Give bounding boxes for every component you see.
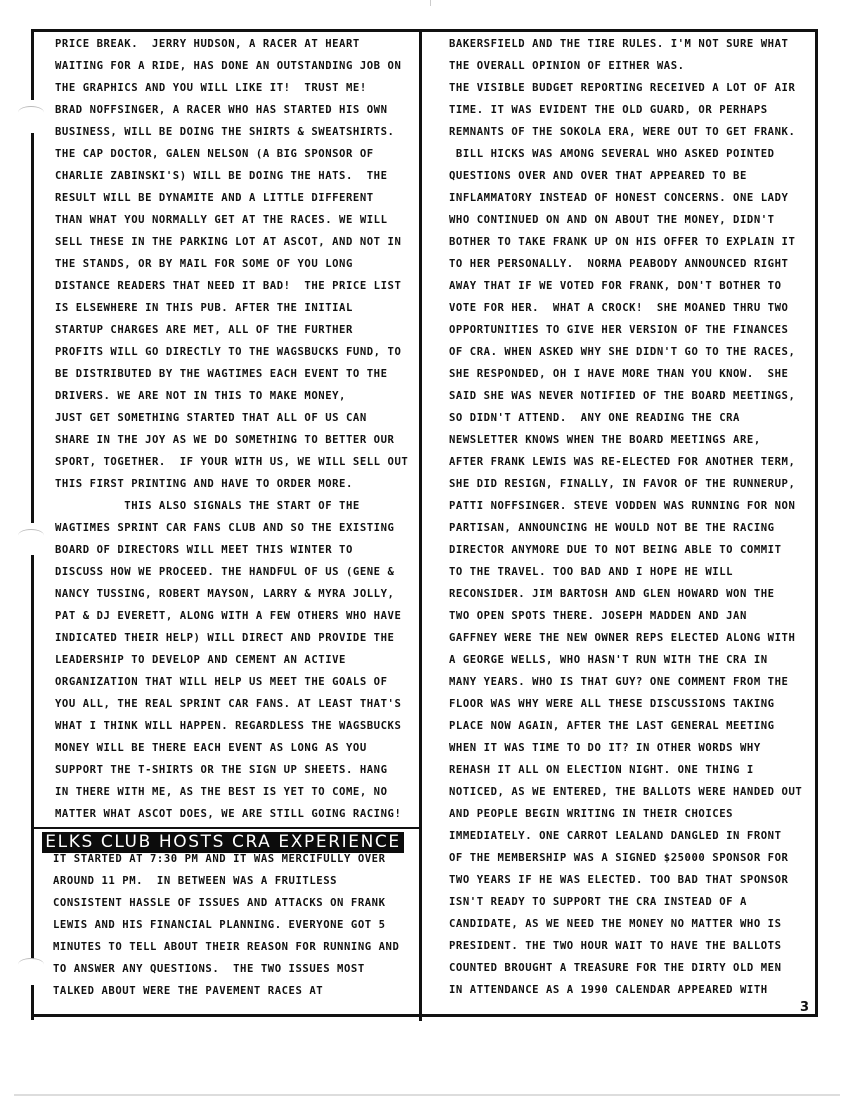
text-line: THE OVERALL OPINION OF EITHER WAS. xyxy=(449,55,809,77)
text-line: NOTICED, AS WE ENTERED, THE BALLOTS WERE… xyxy=(449,781,809,803)
text-line: WHO CONTINUED ON AND ON ABOUT THE MONEY,… xyxy=(449,209,809,231)
text-line: WHEN IT WAS TIME TO DO IT? IN OTHER WORD… xyxy=(449,737,809,759)
left-column-article: PRICE BREAK. JERRY HUDSON, A RACER AT HE… xyxy=(55,33,415,825)
text-line: SHE DID RESIGN, FINALLY, IN FAVOR OF THE… xyxy=(449,473,809,495)
text-line: TO HER PERSONALLY. NORMA PEABODY ANNOUNC… xyxy=(449,253,809,275)
text-line: IT STARTED AT 7:30 PM AND IT WAS MERCIFU… xyxy=(53,848,413,870)
text-line: THE CAP DOCTOR, GALEN NELSON (A BIG SPON… xyxy=(55,143,415,165)
text-line: ISN'T READY TO SUPPORT THE CRA INSTEAD O… xyxy=(449,891,809,913)
page-number: 3 xyxy=(800,1000,809,1015)
binder-hole-icon xyxy=(18,529,44,542)
elks-club-article: IT STARTED AT 7:30 PM AND IT WAS MERCIFU… xyxy=(53,848,413,1002)
text-line: IMMEDIATELY. ONE CARROT LEALAND DANGLED … xyxy=(449,825,809,847)
text-line: SELL THESE IN THE PARKING LOT AT ASCOT, … xyxy=(55,231,415,253)
right-column-article: BAKERSFIELD AND THE TIRE RULES. I'M NOT … xyxy=(449,33,809,1001)
text-line: BRAD NOFFSINGER, A RACER WHO HAS STARTED… xyxy=(55,99,415,121)
text-line: COUNTED BROUGHT A TREASURE FOR THE DIRTY… xyxy=(449,957,809,979)
text-line: QUESTIONS OVER AND OVER THAT APPEARED TO… xyxy=(449,165,809,187)
text-line: CHARLIE ZABINSKI'S) WILL BE DOING THE HA… xyxy=(55,165,415,187)
text-line: A GEORGE WELLS, WHO HASN'T RUN WITH THE … xyxy=(449,649,809,671)
text-line: OF CRA. WHEN ASKED WHY SHE DIDN'T GO TO … xyxy=(449,341,809,363)
text-line: MANY YEARS. WHO IS THAT GUY? ONE COMMENT… xyxy=(449,671,809,693)
column-divider xyxy=(419,29,422,1021)
text-line: BOARD OF DIRECTORS WILL MEET THIS WINTER… xyxy=(55,539,415,561)
text-line: LEWIS AND HIS FINANCIAL PLANNING. EVERYO… xyxy=(53,914,413,936)
text-line: ORGANIZATION THAT WILL HELP US MEET THE … xyxy=(55,671,415,693)
text-line: RECONSIDER. JIM BARTOSH AND GLEN HOWARD … xyxy=(449,583,809,605)
text-line: INFLAMMATORY INSTEAD OF HONEST CONCERNS.… xyxy=(449,187,809,209)
text-line: IN ATTENDANCE AS A 1990 CALENDAR APPEARE… xyxy=(449,979,809,1001)
text-line: OF THE MEMBERSHIP WAS A SIGNED $25000 SP… xyxy=(449,847,809,869)
binder-hole-icon xyxy=(18,958,44,971)
text-line: PATTI NOFFSINGER. STEVE VODDEN WAS RUNNI… xyxy=(449,495,809,517)
text-line: PLACE NOW AGAIN, AFTER THE LAST GENERAL … xyxy=(449,715,809,737)
text-line: AROUND 11 PM. IN BETWEEN WAS A FRUITLESS xyxy=(53,870,413,892)
text-line: THIS FIRST PRINTING AND HAVE TO ORDER MO… xyxy=(55,473,415,495)
text-line: REMNANTS OF THE SOKOLA ERA, WERE OUT TO … xyxy=(449,121,809,143)
text-line: TALKED ABOUT WERE THE PAVEMENT RACES AT xyxy=(53,980,413,1002)
binder-hole-icon xyxy=(18,106,44,119)
text-line: DRIVERS. WE ARE NOT IN THIS TO MAKE MONE… xyxy=(55,385,415,407)
text-line: AFTER FRANK LEWIS WAS RE-ELECTED FOR ANO… xyxy=(449,451,809,473)
text-line: NANCY TUSSING, ROBERT MAYSON, LARRY & MY… xyxy=(55,583,415,605)
text-line: AND PEOPLE BEGIN WRITING IN THEIR CHOICE… xyxy=(449,803,809,825)
text-line: REHASH IT ALL ON ELECTION NIGHT. ONE THI… xyxy=(449,759,809,781)
text-line: BUSINESS, WILL BE DOING THE SHIRTS & SWE… xyxy=(55,121,415,143)
text-line: MONEY WILL BE THERE EACH EVENT AS LONG A… xyxy=(55,737,415,759)
text-line: CONSISTENT HASSLE OF ISSUES AND ATTACKS … xyxy=(53,892,413,914)
frame-left-edge xyxy=(31,29,34,100)
text-line: NEWSLETTER KNOWS WHEN THE BOARD MEETINGS… xyxy=(449,429,809,451)
text-line: DIRECTOR ANYMORE DUE TO NOT BEING ABLE T… xyxy=(449,539,809,561)
text-line: PROFITS WILL GO DIRECTLY TO THE WAGSBUCK… xyxy=(55,341,415,363)
frame-left-edge xyxy=(31,985,34,1020)
text-line: WAGTIMES SPRINT CAR FANS CLUB AND SO THE… xyxy=(55,517,415,539)
text-line: IS ELSEWHERE IN THIS PUB. AFTER THE INIT… xyxy=(55,297,415,319)
text-line: THE VISIBLE BUDGET REPORTING RECEIVED A … xyxy=(449,77,809,99)
text-line: STARTUP CHARGES ARE MET, ALL OF THE FURT… xyxy=(55,319,415,341)
text-line: SO DIDN'T ATTEND. ANY ONE READING THE CR… xyxy=(449,407,809,429)
text-line: AWAY THAT IF WE VOTED FOR FRANK, DON'T B… xyxy=(449,275,809,297)
text-line: SPORT, TOGETHER. IF YOUR WITH US, WE WIL… xyxy=(55,451,415,473)
text-line: GAFFNEY WERE THE NEW OWNER REPS ELECTED … xyxy=(449,627,809,649)
frame-left-edge xyxy=(31,555,34,960)
text-line: SAID SHE WAS NEVER NOTIFIED OF THE BOARD… xyxy=(449,385,809,407)
text-line: BILL HICKS WAS AMONG SEVERAL WHO ASKED P… xyxy=(449,143,809,165)
text-line: BAKERSFIELD AND THE TIRE RULES. I'M NOT … xyxy=(449,33,809,55)
text-line: IN THERE WITH ME, AS THE BEST IS YET TO … xyxy=(55,781,415,803)
text-line: JUST GET SOMETHING STARTED THAT ALL OF U… xyxy=(55,407,415,429)
text-line: YOU ALL, THE REAL SPRINT CAR FANS. AT LE… xyxy=(55,693,415,715)
text-line: CANDIDATE, AS WE NEED THE MONEY NO MATTE… xyxy=(449,913,809,935)
text-line: SUPPORT THE T-SHIRTS OR THE SIGN UP SHEE… xyxy=(55,759,415,781)
text-line: WHAT I THINK WILL HAPPEN. REGARDLESS THE… xyxy=(55,715,415,737)
text-line: TIME. IT WAS EVIDENT THE OLD GUARD, OR P… xyxy=(449,99,809,121)
scan-artifact xyxy=(430,0,431,6)
text-line: TWO OPEN SPOTS THERE. JOSEPH MADDEN AND … xyxy=(449,605,809,627)
text-line: DISTANCE READERS THAT NEED IT BAD! THE P… xyxy=(55,275,415,297)
text-line: VOTE FOR HER. WHAT A CROCK! SHE MOANED T… xyxy=(449,297,809,319)
text-line: MATTER WHAT ASCOT DOES, WE ARE STILL GOI… xyxy=(55,803,415,825)
text-line: THE GRAPHICS AND YOU WILL LIKE IT! TRUST… xyxy=(55,77,415,99)
text-line: RESULT WILL BE DYNAMITE AND A LITTLE DIF… xyxy=(55,187,415,209)
scan-edge xyxy=(14,1094,840,1096)
text-line: PRESIDENT. THE TWO HOUR WAIT TO HAVE THE… xyxy=(449,935,809,957)
text-line: DISCUSS HOW WE PROCEED. THE HANDFUL OF U… xyxy=(55,561,415,583)
text-line: BOTHER TO TAKE FRANK UP ON HIS OFFER TO … xyxy=(449,231,809,253)
text-line: BE DISTRIBUTED BY THE WAGTIMES EACH EVEN… xyxy=(55,363,415,385)
text-line: TWO YEARS IF HE WAS ELECTED. TOO BAD THA… xyxy=(449,869,809,891)
section-divider xyxy=(32,827,421,829)
frame-left-edge xyxy=(31,133,34,523)
text-line: PARTISAN, ANNOUNCING HE WOULD NOT BE THE… xyxy=(449,517,809,539)
text-line: PRICE BREAK. JERRY HUDSON, A RACER AT HE… xyxy=(55,33,415,55)
text-line: OPPORTUNITIES TO GIVE HER VERSION OF THE… xyxy=(449,319,809,341)
text-line: SHARE IN THE JOY AS WE DO SOMETHING TO B… xyxy=(55,429,415,451)
text-line: LEADERSHIP TO DEVELOP AND CEMENT AN ACTI… xyxy=(55,649,415,671)
text-line: INDICATED THEIR HELP) WILL DIRECT AND PR… xyxy=(55,627,415,649)
text-line: FLOOR WAS WHY WERE ALL THESE DISCUSSIONS… xyxy=(449,693,809,715)
text-line: TO THE TRAVEL. TOO BAD AND I HOPE HE WIL… xyxy=(449,561,809,583)
text-line: WAITING FOR A RIDE, HAS DONE AN OUTSTAND… xyxy=(55,55,415,77)
text-line: PAT & DJ EVERETT, ALONG WITH A FEW OTHER… xyxy=(55,605,415,627)
text-line: TO ANSWER ANY QUESTIONS. THE TWO ISSUES … xyxy=(53,958,413,980)
text-line: SHE RESPONDED, OH I HAVE MORE THAN YOU K… xyxy=(449,363,809,385)
text-line: MINUTES TO TELL ABOUT THEIR REASON FOR R… xyxy=(53,936,413,958)
text-line: THE STANDS, OR BY MAIL FOR SOME OF YOU L… xyxy=(55,253,415,275)
text-line: THIS ALSO SIGNALS THE START OF THE xyxy=(55,495,415,517)
text-line: THAN WHAT YOU NORMALLY GET AT THE RACES.… xyxy=(55,209,415,231)
